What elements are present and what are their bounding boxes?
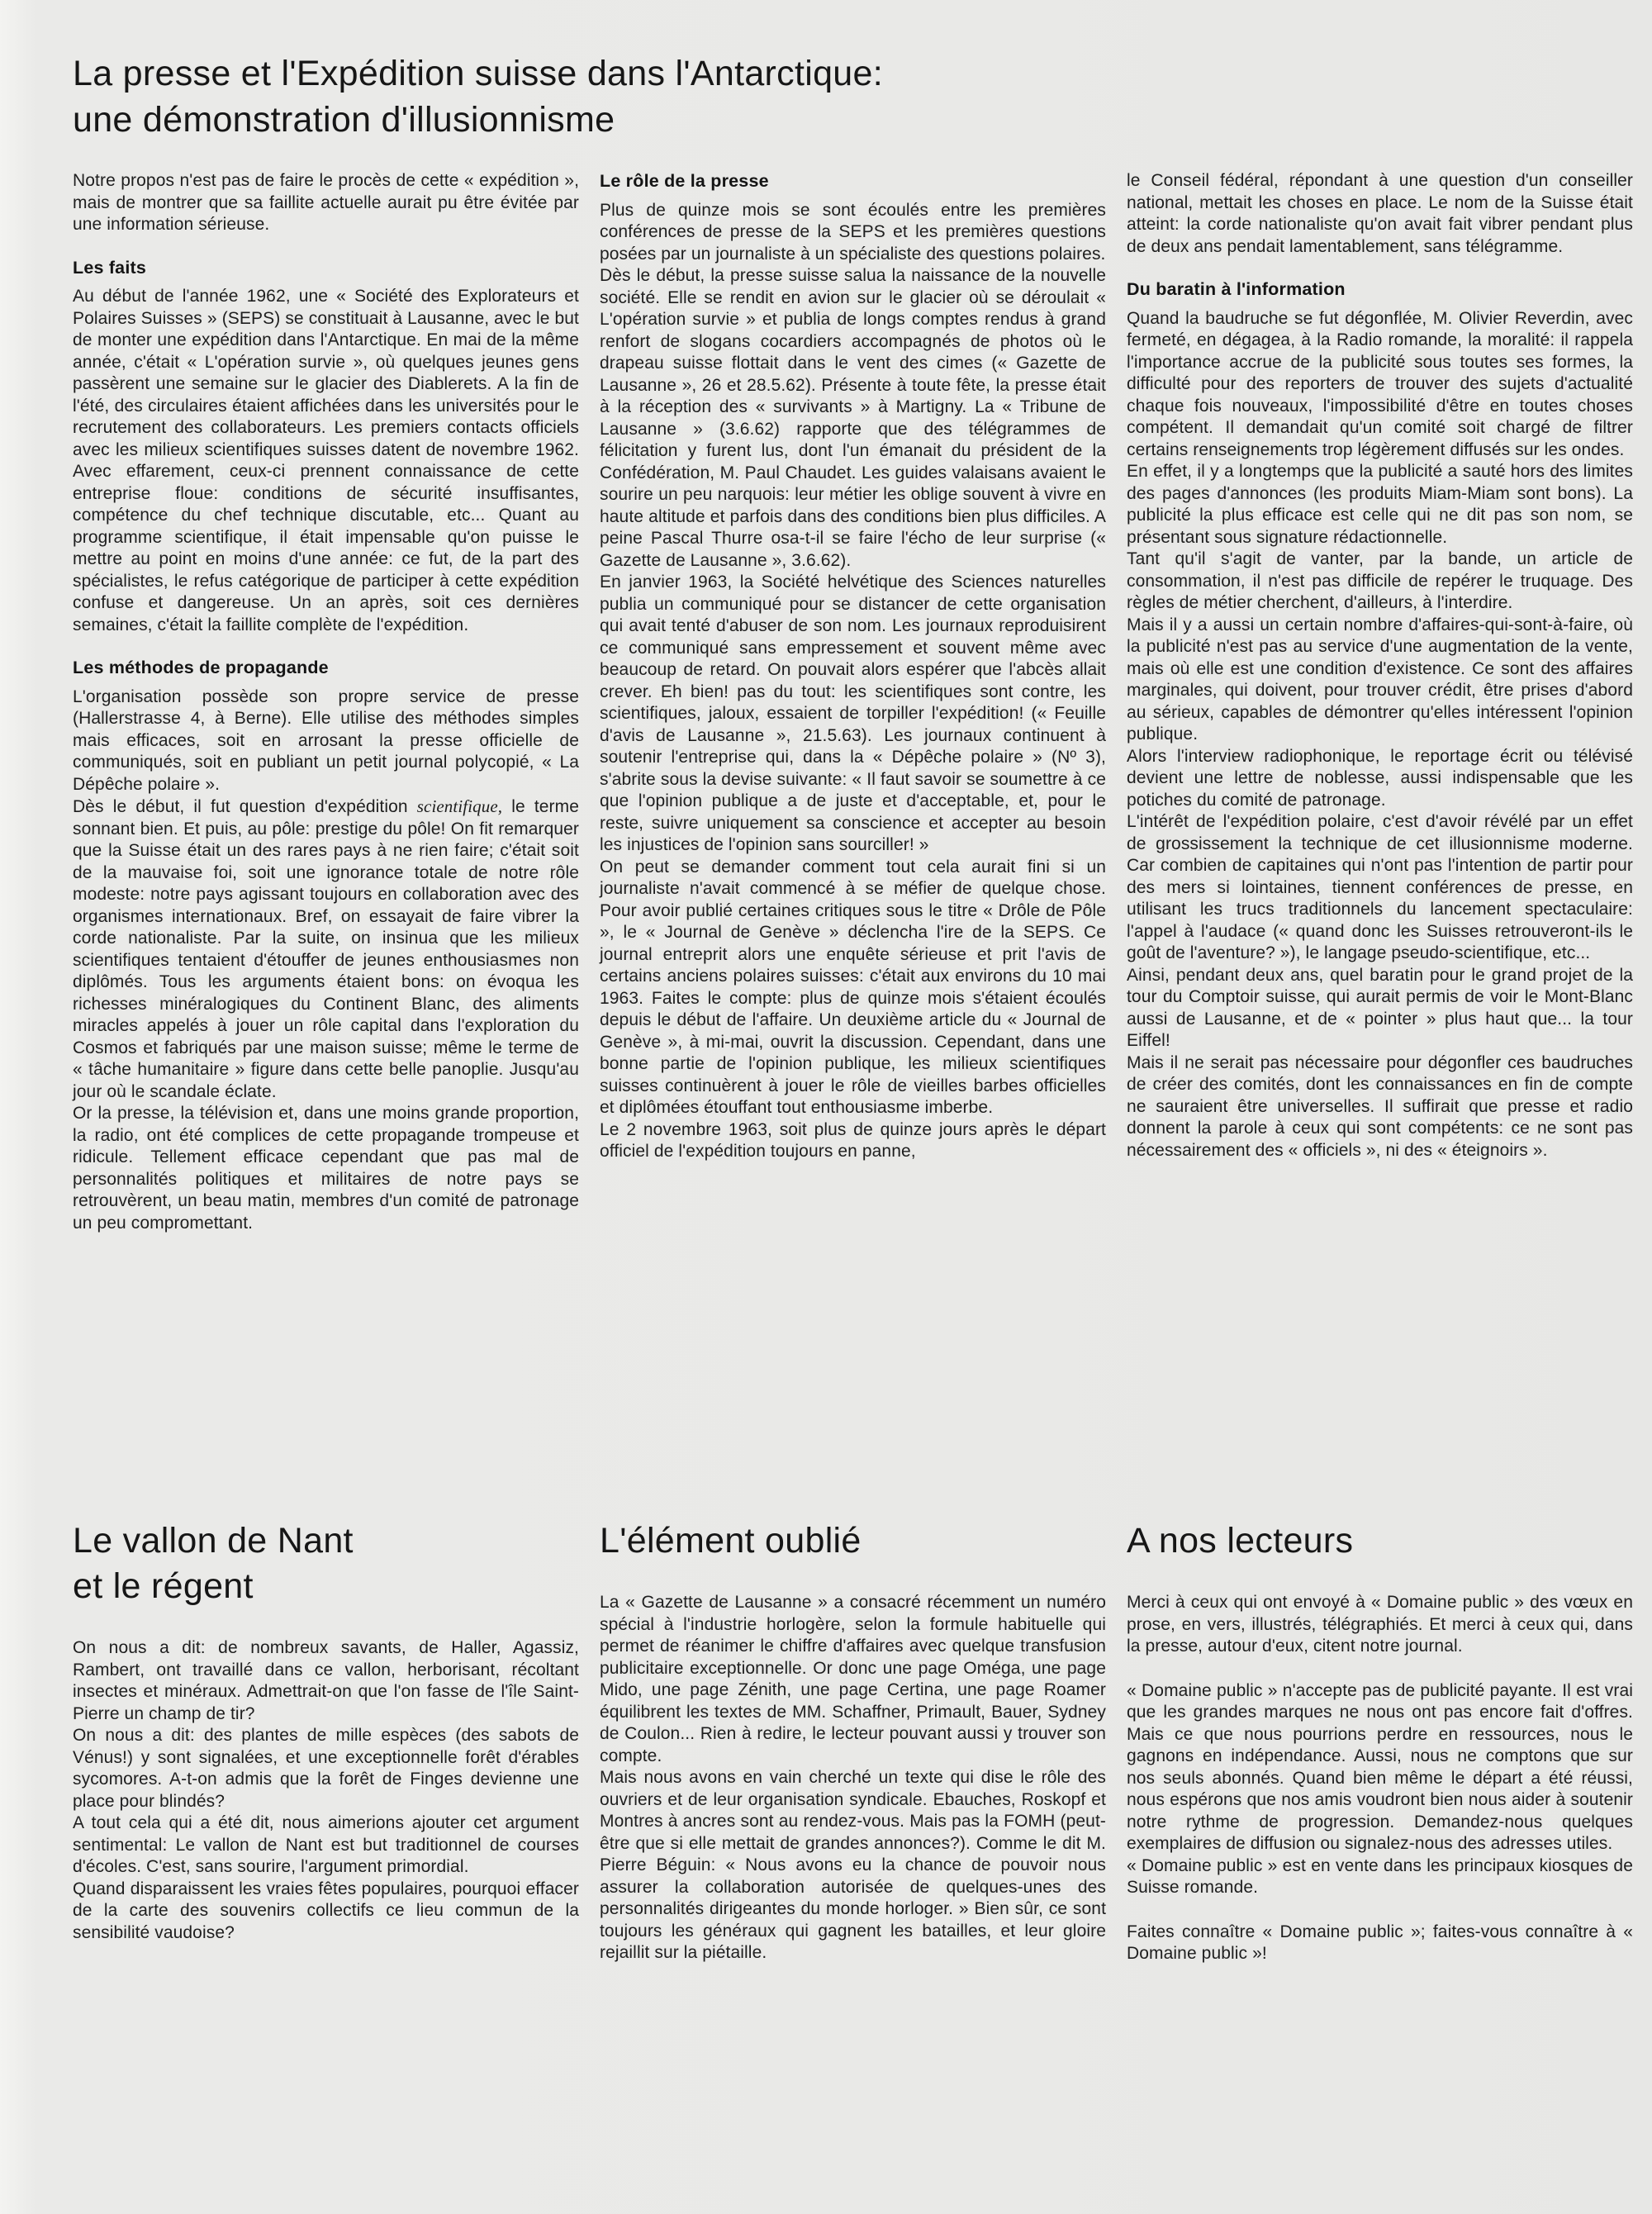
paragraph-lecteurs-1: Merci à ceux qui ont envoyé à « Domaine … bbox=[1127, 1592, 1633, 1658]
paragraph-baratin-1: Quand la baudruche se fut dégonflée, M. … bbox=[1127, 308, 1633, 462]
paragraph-lecteurs-3: « Domaine public » est en vente dans les… bbox=[1127, 1855, 1633, 1899]
paragraph-role-4: On peut se demander comment tout cela au… bbox=[600, 857, 1106, 1119]
paragraph-role-2: Dès le début, la presse suisse salua la … bbox=[600, 265, 1106, 572]
article-title-vallon-line2: et le régent bbox=[73, 1566, 254, 1606]
paragraph-element-2: Mais nous avons en vain cherché un texte… bbox=[600, 1767, 1106, 1965]
paragraph-baratin-5: Alors l'interview radiophonique, le repo… bbox=[1127, 746, 1633, 812]
paragraph-role-1: Plus de quinze mois se sont écoulés entr… bbox=[600, 200, 1106, 266]
paragraph-intro: Notre propos n'est pas de faire le procè… bbox=[73, 170, 579, 236]
article-title-vallon: Le vallon de Nant et le régent bbox=[73, 1518, 579, 1609]
paragraph-methodes-2: Dès le début, il fut question d'expéditi… bbox=[73, 796, 579, 1103]
paragraph-lecteurs-4: Faites connaître « Domaine public »; fai… bbox=[1127, 1922, 1633, 1965]
main-article-title-line1: La presse et l'Expédition suisse dans l'… bbox=[73, 54, 883, 93]
bottom-section: Le vallon de Nant et le régent On nous a… bbox=[73, 1518, 1634, 1965]
paragraph-nant-4: Quand disparaissent les vraies fêtes pop… bbox=[73, 1879, 579, 1945]
article-element-oublie: L'élément oublié La « Gazette de Lausann… bbox=[600, 1518, 1106, 1965]
paragraph-baratin-2: En effet, il y a longtemps que la public… bbox=[1127, 461, 1633, 549]
paragraph-run: Dès le début, il fut question d'expéditi… bbox=[73, 797, 417, 816]
paragraph-run-italic: scientifique, bbox=[417, 796, 502, 816]
subheading-role-presse: Le rôle de la presse bbox=[600, 170, 1106, 192]
subheading-les-faits: Les faits bbox=[73, 257, 579, 279]
paragraph-baratin-3: Tant qu'il s'agit de vanter, par la band… bbox=[1127, 549, 1633, 615]
paragraph-role-3: En janvier 1963, la Société helvétique d… bbox=[600, 572, 1106, 857]
subheading-methodes-propagande: Les méthodes de propagande bbox=[73, 657, 579, 679]
paragraph-continuation: le Conseil fédéral, répondant à une ques… bbox=[1127, 170, 1633, 258]
paragraph-baratin-4: Mais il y a aussi un certain nombre d'af… bbox=[1127, 615, 1633, 746]
article-title-lecteurs: A nos lecteurs bbox=[1127, 1518, 1633, 1564]
paragraph-lecteurs-2: « Domaine public » n'accepte pas de publ… bbox=[1127, 1680, 1633, 1855]
main-article-columns: Notre propos n'est pas de faire le procè… bbox=[73, 170, 1634, 1234]
paragraph-methodes-3: Or la presse, la télévision et, dans une… bbox=[73, 1103, 579, 1234]
paragraph-run: le terme sonnant bien. Et puis, au pôle:… bbox=[73, 797, 579, 1101]
paragraph-element-1: La « Gazette de Lausanne » a consacré ré… bbox=[600, 1592, 1106, 1767]
newspaper-page: La presse et l'Expédition suisse dans l'… bbox=[0, 0, 1652, 2214]
subheading-baratin-information: Du baratin à l'information bbox=[1127, 278, 1633, 301]
article-title-vallon-line1: Le vallon de Nant bbox=[73, 1521, 354, 1561]
article-title-element: L'élément oublié bbox=[600, 1518, 1106, 1564]
paragraph-baratin-6: L'intérêt de l'expédition polaire, c'est… bbox=[1127, 811, 1633, 965]
main-column-2: Le rôle de la presse Plus de quinze mois… bbox=[600, 170, 1106, 1234]
article-a-nos-lecteurs: A nos lecteurs Merci à ceux qui ont envo… bbox=[1127, 1518, 1633, 1965]
paragraph-nant-3: A tout cela qui a été dit, nous aimerion… bbox=[73, 1813, 579, 1879]
paragraph-nant-1: On nous a dit: de nombreux savants, de H… bbox=[73, 1637, 579, 1725]
paragraph-nant-2: On nous a dit: des plantes de mille espè… bbox=[73, 1725, 579, 1813]
main-article-title-line2: une démonstration d'illusionnisme bbox=[73, 100, 615, 140]
main-article-title: La presse et l'Expédition suisse dans l'… bbox=[73, 50, 1312, 143]
paragraph-role-5: Le 2 novembre 1963, soit plus de quinze … bbox=[600, 1119, 1106, 1163]
main-column-3: le Conseil fédéral, répondant à une ques… bbox=[1127, 170, 1633, 1234]
paragraph-baratin-8: Mais il ne serait pas nécessaire pour dé… bbox=[1127, 1052, 1633, 1162]
paragraph-baratin-7: Ainsi, pendant deux ans, quel baratin po… bbox=[1127, 965, 1633, 1052]
paragraph-les-faits: Au début de l'année 1962, une « Société … bbox=[73, 286, 579, 636]
main-column-1: Notre propos n'est pas de faire le procè… bbox=[73, 170, 579, 1234]
article-vallon-de-nant: Le vallon de Nant et le régent On nous a… bbox=[73, 1518, 579, 1965]
paragraph-methodes-1: L'organisation possède son propre servic… bbox=[73, 687, 579, 796]
